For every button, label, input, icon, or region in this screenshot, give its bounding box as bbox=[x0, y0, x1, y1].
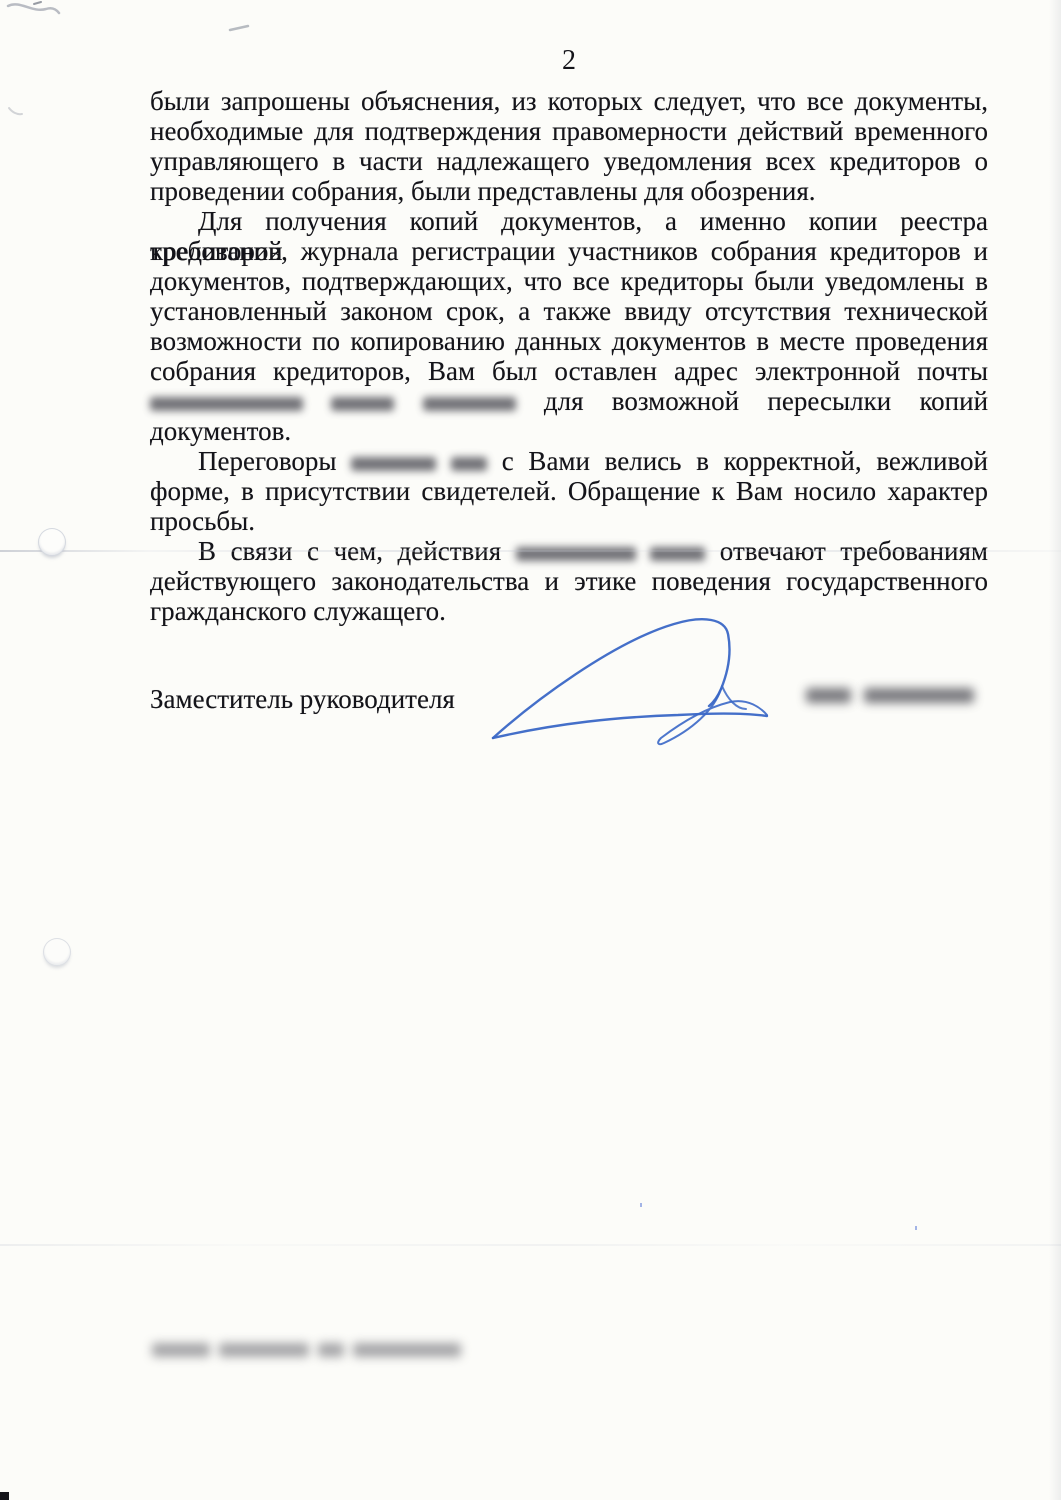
text-segment: кредиторов, журнала регистрации участник… bbox=[150, 236, 988, 266]
text-segment: Переговоры bbox=[198, 446, 337, 476]
text-line: управляющего в части надлежащего уведомл… bbox=[150, 146, 988, 176]
document-body: были запрошены объяснения, из которых сл… bbox=[150, 86, 988, 626]
text-segment: установленный законом срок, а также ввид… bbox=[150, 296, 988, 326]
redacted-text bbox=[423, 397, 516, 411]
redacted-text bbox=[351, 457, 436, 471]
executor-line-redacted bbox=[152, 1343, 461, 1357]
pen-scribble-mark bbox=[0, 0, 260, 130]
text-segment: просьбы. bbox=[150, 506, 255, 536]
text-line: были запрошены объяснения, из которых сл… bbox=[150, 86, 988, 116]
text-line: проведении собрания, были представлены д… bbox=[150, 176, 988, 206]
text-segment: собрания кредиторов, Вам был оставлен ад… bbox=[150, 356, 988, 386]
text-line: для возможной пересылки копий bbox=[150, 386, 988, 416]
text-line: форме, в присутствии свидетелей. Обращен… bbox=[150, 476, 988, 506]
text-segment: проведении собрания, были представлены д… bbox=[150, 176, 816, 206]
scan-speck bbox=[915, 1226, 917, 1230]
handwritten-signature-ink bbox=[478, 610, 780, 758]
text-line: кредиторов, журнала регистрации участник… bbox=[150, 236, 988, 266]
redacted-text bbox=[451, 457, 487, 471]
text-segment: отвечают требованиям bbox=[720, 536, 988, 566]
text-line: документов, подтверждающих, что все кред… bbox=[150, 266, 988, 296]
scan-speck bbox=[640, 1203, 642, 1207]
text-line: необходимые для подтверждения правомерно… bbox=[150, 116, 988, 146]
signatory-name-redacted bbox=[806, 688, 988, 703]
page-number: 2 bbox=[150, 46, 988, 76]
text-line: В связи с чем, действия отвечают требова… bbox=[150, 536, 988, 566]
text-segment: для возможной пересылки копий bbox=[544, 386, 988, 416]
redacted-text bbox=[331, 397, 394, 411]
redacted-text bbox=[806, 688, 851, 703]
text-segment: были запрошены объяснения, из которых сл… bbox=[150, 86, 988, 116]
text-line: действующего законодательства и этике по… bbox=[150, 566, 988, 596]
redacted-text bbox=[152, 1343, 210, 1357]
text-line: просьбы. bbox=[150, 506, 988, 536]
redacted-text bbox=[318, 1343, 344, 1357]
text-segment: форме, в присутствии свидетелей. Обращен… bbox=[150, 476, 988, 506]
paper-fold-line bbox=[0, 1244, 1061, 1246]
redacted-text bbox=[650, 547, 705, 561]
text-line: Переговоры с Вами велись в корректной, в… bbox=[150, 446, 988, 476]
scanned-document-page: 2 были запрошены объяснения, из которых … bbox=[0, 0, 1061, 1500]
text-line: установленный законом срок, а также ввид… bbox=[150, 296, 988, 326]
text-segment: В связи с чем, действия bbox=[198, 536, 501, 566]
redacted-text bbox=[150, 397, 303, 411]
redacted-text bbox=[219, 1343, 309, 1357]
text-segment: с Вами велись в корректной, вежливой bbox=[502, 446, 988, 476]
text-segment: необходимые для подтверждения правомерно… bbox=[150, 116, 988, 146]
text-segment: документов, подтверждающих, что все кред… bbox=[150, 266, 988, 296]
hole-punch-mark bbox=[43, 938, 71, 966]
text-segment: документов. bbox=[150, 416, 291, 446]
text-line: собрания кредиторов, Вам был оставлен ад… bbox=[150, 356, 988, 386]
text-line: Для получения копий документов, а именно… bbox=[150, 206, 988, 236]
redacted-text bbox=[353, 1343, 461, 1357]
signatory-title: Заместитель руководителя bbox=[150, 684, 455, 714]
text-segment: гражданского служащего. bbox=[150, 596, 446, 626]
hole-punch-mark bbox=[38, 528, 66, 556]
redacted-text bbox=[864, 688, 974, 703]
text-line: возможности по копированию данных докуме… bbox=[150, 326, 988, 356]
text-segment: управляющего в части надлежащего уведомл… bbox=[150, 146, 988, 176]
scanner-corner-artifact bbox=[0, 1492, 9, 1500]
text-segment: возможности по копированию данных докуме… bbox=[150, 326, 988, 356]
text-segment: действующего законодательства и этике по… bbox=[150, 566, 988, 596]
text-line: документов. bbox=[150, 416, 988, 446]
redacted-text bbox=[516, 547, 636, 561]
